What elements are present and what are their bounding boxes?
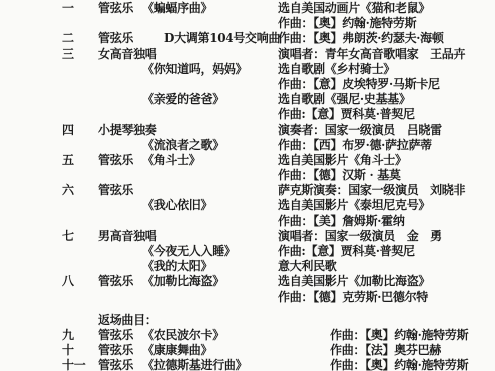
item-detail: 演奏者：国家一级演员 吕晓雷: [278, 123, 495, 138]
item-title: 《今夜无人入睡》: [142, 244, 278, 259]
item-title: 《我的太阳》: [142, 259, 278, 274]
item-type: 管弦乐: [98, 343, 142, 358]
item-detail: 作曲：【美】詹姆斯·霍纳: [278, 214, 495, 229]
item-title: D大调第104号交响曲: [142, 31, 278, 46]
program-line: 九 管弦乐 《农民波尔卡》 作曲：【奥】约翰·施特劳斯: [0, 328, 495, 343]
program-line: 《今夜无人入睡》 作曲:【意】贾科莫·普契尼: [0, 244, 495, 259]
item-detail: 作曲:【意】贾科莫·普契尼: [278, 244, 495, 259]
item-type: 管弦乐: [98, 31, 142, 46]
item-number: 七: [62, 229, 98, 244]
item-detail: 作曲：【奥】约翰·施特劳斯: [330, 328, 495, 343]
item-detail: 演唱者：青年女高音歌唱家 王品卉: [278, 47, 495, 62]
item-detail: 萨克斯演奏：国家一级演员 刘晓非: [278, 183, 495, 198]
program-line: 七 男高音独唱 演唱者：国家一级演员 金 勇: [0, 229, 495, 244]
program-line: 作曲：【意】皮埃特罗·马斯卡尼: [0, 77, 495, 92]
program-line: 作曲：【德】克劳斯·巴德尔特: [0, 290, 495, 305]
program-line: 八 管弦乐 《加勒比海盗》 选自美国影片《加勒比海盗》: [0, 274, 495, 289]
program-list: 一 管弦乐 《蝙蝠序曲》 选自美国动画片《猫和老鼠》 作曲：【奥】约翰·施特劳斯…: [0, 1, 495, 305]
item-number: 六: [62, 183, 98, 198]
item-number: 二: [62, 31, 98, 46]
item-type: 小提琴独奏: [98, 123, 142, 138]
item-detail: 选自美国动画片《猫和老鼠》: [278, 1, 495, 16]
item-detail: 选自美国影片《泰坦尼克号》: [278, 198, 495, 213]
item-detail: 选自美国影片《角斗士》: [278, 153, 495, 168]
encore-list: 九 管弦乐 《农民波尔卡》 作曲：【奥】约翰·施特劳斯 十 管弦乐 《康康舞曲》…: [0, 328, 495, 371]
item-type: 男高音独唱: [98, 229, 142, 244]
item-type: 管弦乐: [98, 328, 142, 343]
program-line: 作曲：【德】汉斯 · 基莫: [0, 168, 495, 183]
item-detail: 作曲:【意】贾科莫·普契尼: [278, 107, 495, 122]
item-number: 九: [62, 328, 98, 343]
item-title: 《亲爱的爸爸》: [142, 92, 278, 107]
item-detail: 演唱者：国家一级演员 金 勇: [278, 229, 495, 244]
concert-program-page: 一 管弦乐 《蝙蝠序曲》 选自美国动画片《猫和老鼠》 作曲：【奥】约翰·施特劳斯…: [0, 0, 495, 371]
program-line: 二 管弦乐 D大调第104号交响曲 作曲：【奥】弗朗茨·约瑟夫·海顿: [0, 31, 495, 46]
item-detail: 作曲：【奥】弗朗茨·约瑟夫·海顿: [278, 31, 495, 46]
item-title: 《流浪者之歌》: [142, 138, 278, 153]
program-line: 六 管弦乐 萨克斯演奏：国家一级演员 刘晓非: [0, 183, 495, 198]
program-line: 作曲:【意】贾科莫·普契尼: [0, 107, 495, 122]
program-line: 《你知道吗，妈妈》 选自歌剧《乡村骑士》: [0, 62, 495, 77]
item-number: 八: [62, 274, 98, 289]
program-line: 作曲：【奥】约翰·施特劳斯: [0, 16, 495, 31]
item-number: 三: [62, 47, 98, 62]
item-number: 四: [62, 123, 98, 138]
item-title: 《你知道吗，妈妈》: [142, 62, 278, 77]
program-line: 十 管弦乐 《康康舞曲》 作曲：【法】奥芬巴赫: [0, 343, 495, 358]
item-title: 《农民波尔卡》: [142, 328, 330, 343]
program-line: 十一 管弦乐 《拉德斯基进行曲》 作曲：【奥】约翰·施特劳斯: [0, 358, 495, 371]
item-title: 《拉德斯基进行曲》: [142, 358, 330, 371]
item-type: 管弦乐: [98, 1, 142, 16]
item-detail: 作曲：【奥】约翰·施特劳斯: [278, 16, 495, 31]
item-title: 《我心依旧》: [142, 198, 278, 213]
program-line: 《我的太阳》 意大利民歌: [0, 259, 495, 274]
item-number: 五: [62, 153, 98, 168]
program-line: 一 管弦乐 《蝙蝠序曲》 选自美国动画片《猫和老鼠》: [0, 1, 495, 16]
item-type: 女高音独唱: [98, 47, 142, 62]
program-line: 《流浪者之歌》 作曲：【西】布罗·德·萨拉萨蒂: [0, 138, 495, 153]
program-line: 五 管弦乐 《角斗士》 选自美国影片《角斗士》: [0, 153, 495, 168]
item-number: 一: [62, 1, 98, 16]
item-detail: 作曲：【德】汉斯 · 基莫: [278, 168, 495, 183]
item-type: 管弦乐: [98, 183, 142, 198]
item-title: 《角斗士》: [142, 153, 278, 168]
item-detail: 选自歌剧《强尼·史基基》: [278, 92, 495, 107]
item-detail: 选自美国影片《加勒比海盗》: [278, 274, 495, 289]
item-detail: 选自歌剧《乡村骑士》: [278, 62, 495, 77]
item-type: 管弦乐: [98, 358, 142, 371]
program-line: 《亲爱的爸爸》 选自歌剧《强尼·史基基》: [0, 92, 495, 107]
item-detail: 作曲：【德】克劳斯·巴德尔特: [278, 290, 495, 305]
program-line: 《我心依旧》 选自美国影片《泰坦尼克号》: [0, 198, 495, 213]
item-number: 十: [62, 343, 98, 358]
item-detail: 作曲：【奥】约翰·施特劳斯: [330, 358, 495, 371]
encore-section-header: 返场曲目：: [0, 313, 495, 328]
program-line: 四 小提琴独奏 演奏者：国家一级演员 吕晓雷: [0, 123, 495, 138]
item-detail: 作曲：【法】奥芬巴赫: [330, 343, 495, 358]
program-line: 作曲：【美】詹姆斯·霍纳: [0, 214, 495, 229]
item-title: 《加勒比海盗》: [142, 274, 278, 289]
item-number: 十一: [62, 358, 98, 371]
item-detail: 作曲：【意】皮埃特罗·马斯卡尼: [278, 77, 495, 92]
program-line: 三 女高音独唱 演唱者：青年女高音歌唱家 王品卉: [0, 47, 495, 62]
item-title: 《蝙蝠序曲》: [142, 1, 278, 16]
item-detail: 作曲：【西】布罗·德·萨拉萨蒂: [278, 138, 495, 153]
item-type: 管弦乐: [98, 274, 142, 289]
item-title: 《康康舞曲》: [142, 343, 330, 358]
item-type: 管弦乐: [98, 153, 142, 168]
item-detail: 意大利民歌: [278, 259, 495, 274]
